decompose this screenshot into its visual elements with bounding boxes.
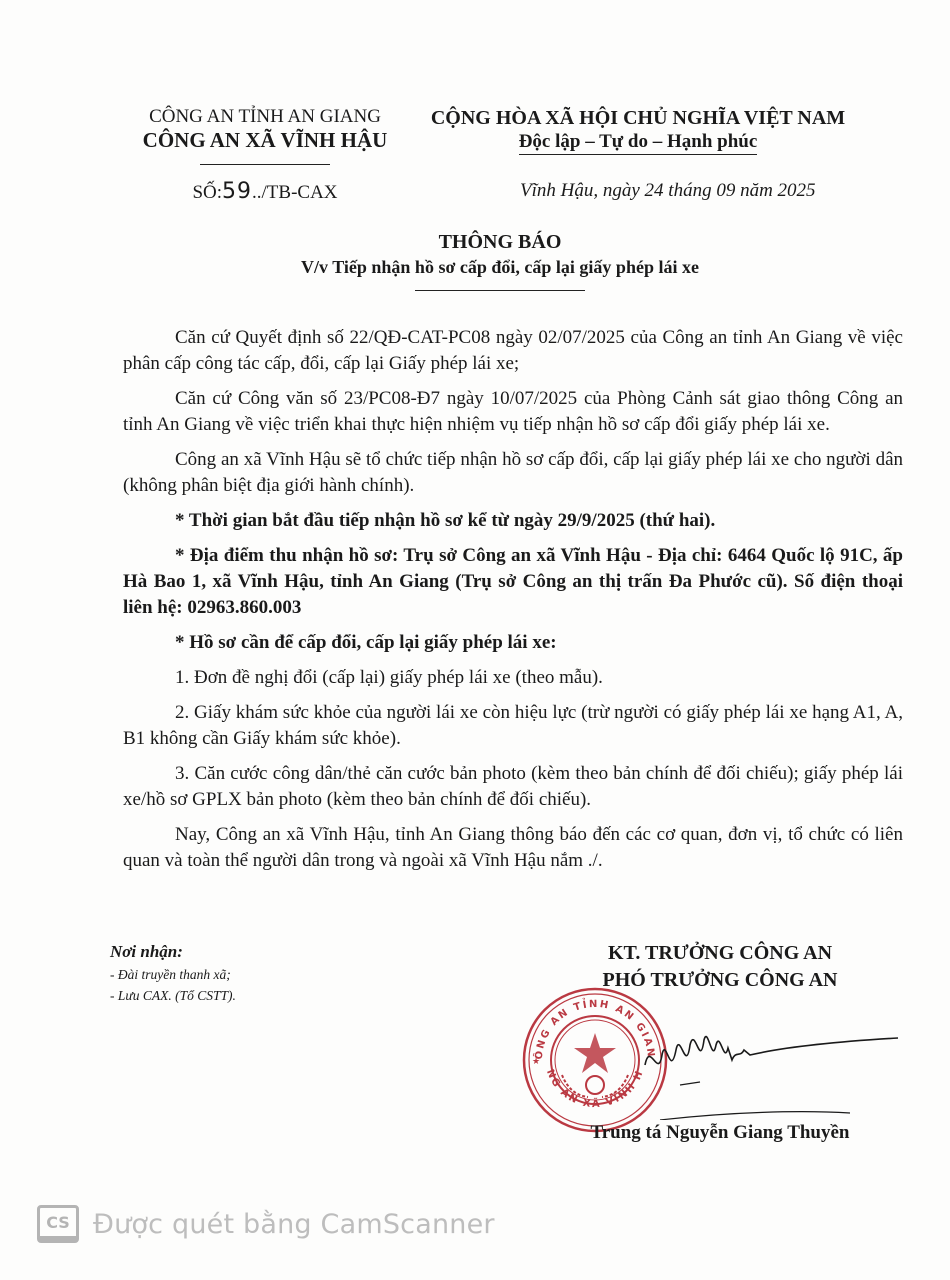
agency-underline [200, 164, 330, 165]
issue-place: Vĩnh Hậu [520, 180, 593, 201]
national-header: CỘNG HÒA XÃ HỘI CHỦ NGHĨA VIỆT NAM Độc l… [408, 106, 868, 154]
document-subject: V/v Tiếp nhận hồ sơ cấp đổi, cấp lại giấ… [200, 254, 800, 280]
body-paragraph: 2. Giấy khám sức khỏe của người lái xe c… [123, 700, 903, 752]
body-paragraph: * Hồ sơ cần để cấp đổi, cấp lại giấy phé… [123, 630, 903, 656]
body-paragraph: 3. Căn cước công dân/thẻ căn cước bản ph… [123, 761, 903, 813]
document-title: THÔNG BÁO [200, 230, 800, 254]
signer-title-line1: KT. TRƯỞNG CÔNG AN [540, 940, 900, 967]
body-paragraph: Căn cứ Quyết định số 22/QĐ-CAT-PC08 ngày… [123, 325, 903, 377]
recipient-item: - Lưu CAX. (Tổ CSTT). [110, 985, 410, 1006]
body-paragraph: * Địa điểm thu nhận hồ sơ: Trụ sở Công a… [123, 543, 903, 621]
document-number-value: 59 [222, 179, 252, 204]
issue-date: Vĩnh Hậu, ngày 24 tháng 09 năm 2025 [520, 180, 816, 202]
recipients-heading: Nơi nhận: [110, 940, 410, 964]
document-title-block: THÔNG BÁO V/v Tiếp nhận hồ sơ cấp đổi, c… [200, 230, 800, 291]
signer-title-line2: PHÓ TRƯỞNG CÔNG AN [540, 967, 900, 994]
watermark-text: Được quét bằng CamScanner [93, 1209, 495, 1240]
title-underline [415, 290, 585, 291]
body-paragraph: Nay, Công an xã Vĩnh Hậu, tỉnh An Giang … [123, 822, 903, 874]
recipients-block: Nơi nhận: - Đài truyền thanh xã; - Lưu C… [110, 940, 410, 1006]
nation-name: CỘNG HÒA XÃ HỘI CHỦ NGHĨA VIỆT NAM [408, 106, 868, 130]
signature-block: KT. TRƯỞNG CÔNG AN PHÓ TRƯỞNG CÔNG AN Tr… [540, 940, 900, 994]
body-paragraph: 1. Đơn đề nghị đổi (cấp lại) giấy phép l… [123, 665, 903, 691]
national-motto: Độc lập – Tự do – Hạnh phúc [408, 130, 868, 154]
camscanner-logo-icon: CS [37, 1205, 79, 1243]
agency-parent: CÔNG AN TỈNH AN GIANG [120, 106, 410, 128]
recipient-item: - Đài truyền thanh xã; [110, 964, 410, 985]
document-number: SỐ:59../TB-CAX [120, 179, 410, 204]
body-paragraph: Công an xã Vĩnh Hậu sẽ tổ chức tiếp nhận… [123, 447, 903, 499]
agency-name: CÔNG AN XÃ VĨNH HẬU [120, 128, 410, 152]
handwritten-signature [640, 1010, 900, 1120]
document-body: Căn cứ Quyết định số 22/QĐ-CAT-PC08 ngày… [123, 325, 903, 883]
body-paragraph: * Thời gian bắt đầu tiếp nhận hồ sơ kể t… [123, 508, 903, 534]
signer-name: Trung tá Nguyễn Giang Thuyền [540, 1122, 900, 1144]
issuing-agency-block: CÔNG AN TỈNH AN GIANG CÔNG AN XÃ VĨNH HẬ… [120, 106, 410, 204]
body-paragraph: Căn cứ Công văn số 23/PC08-Đ7 ngày 10/07… [123, 386, 903, 438]
camscanner-watermark: CS Được quét bằng CamScanner [37, 1205, 495, 1243]
svg-text:★: ★ [532, 1056, 540, 1066]
star-icon [574, 1033, 616, 1073]
